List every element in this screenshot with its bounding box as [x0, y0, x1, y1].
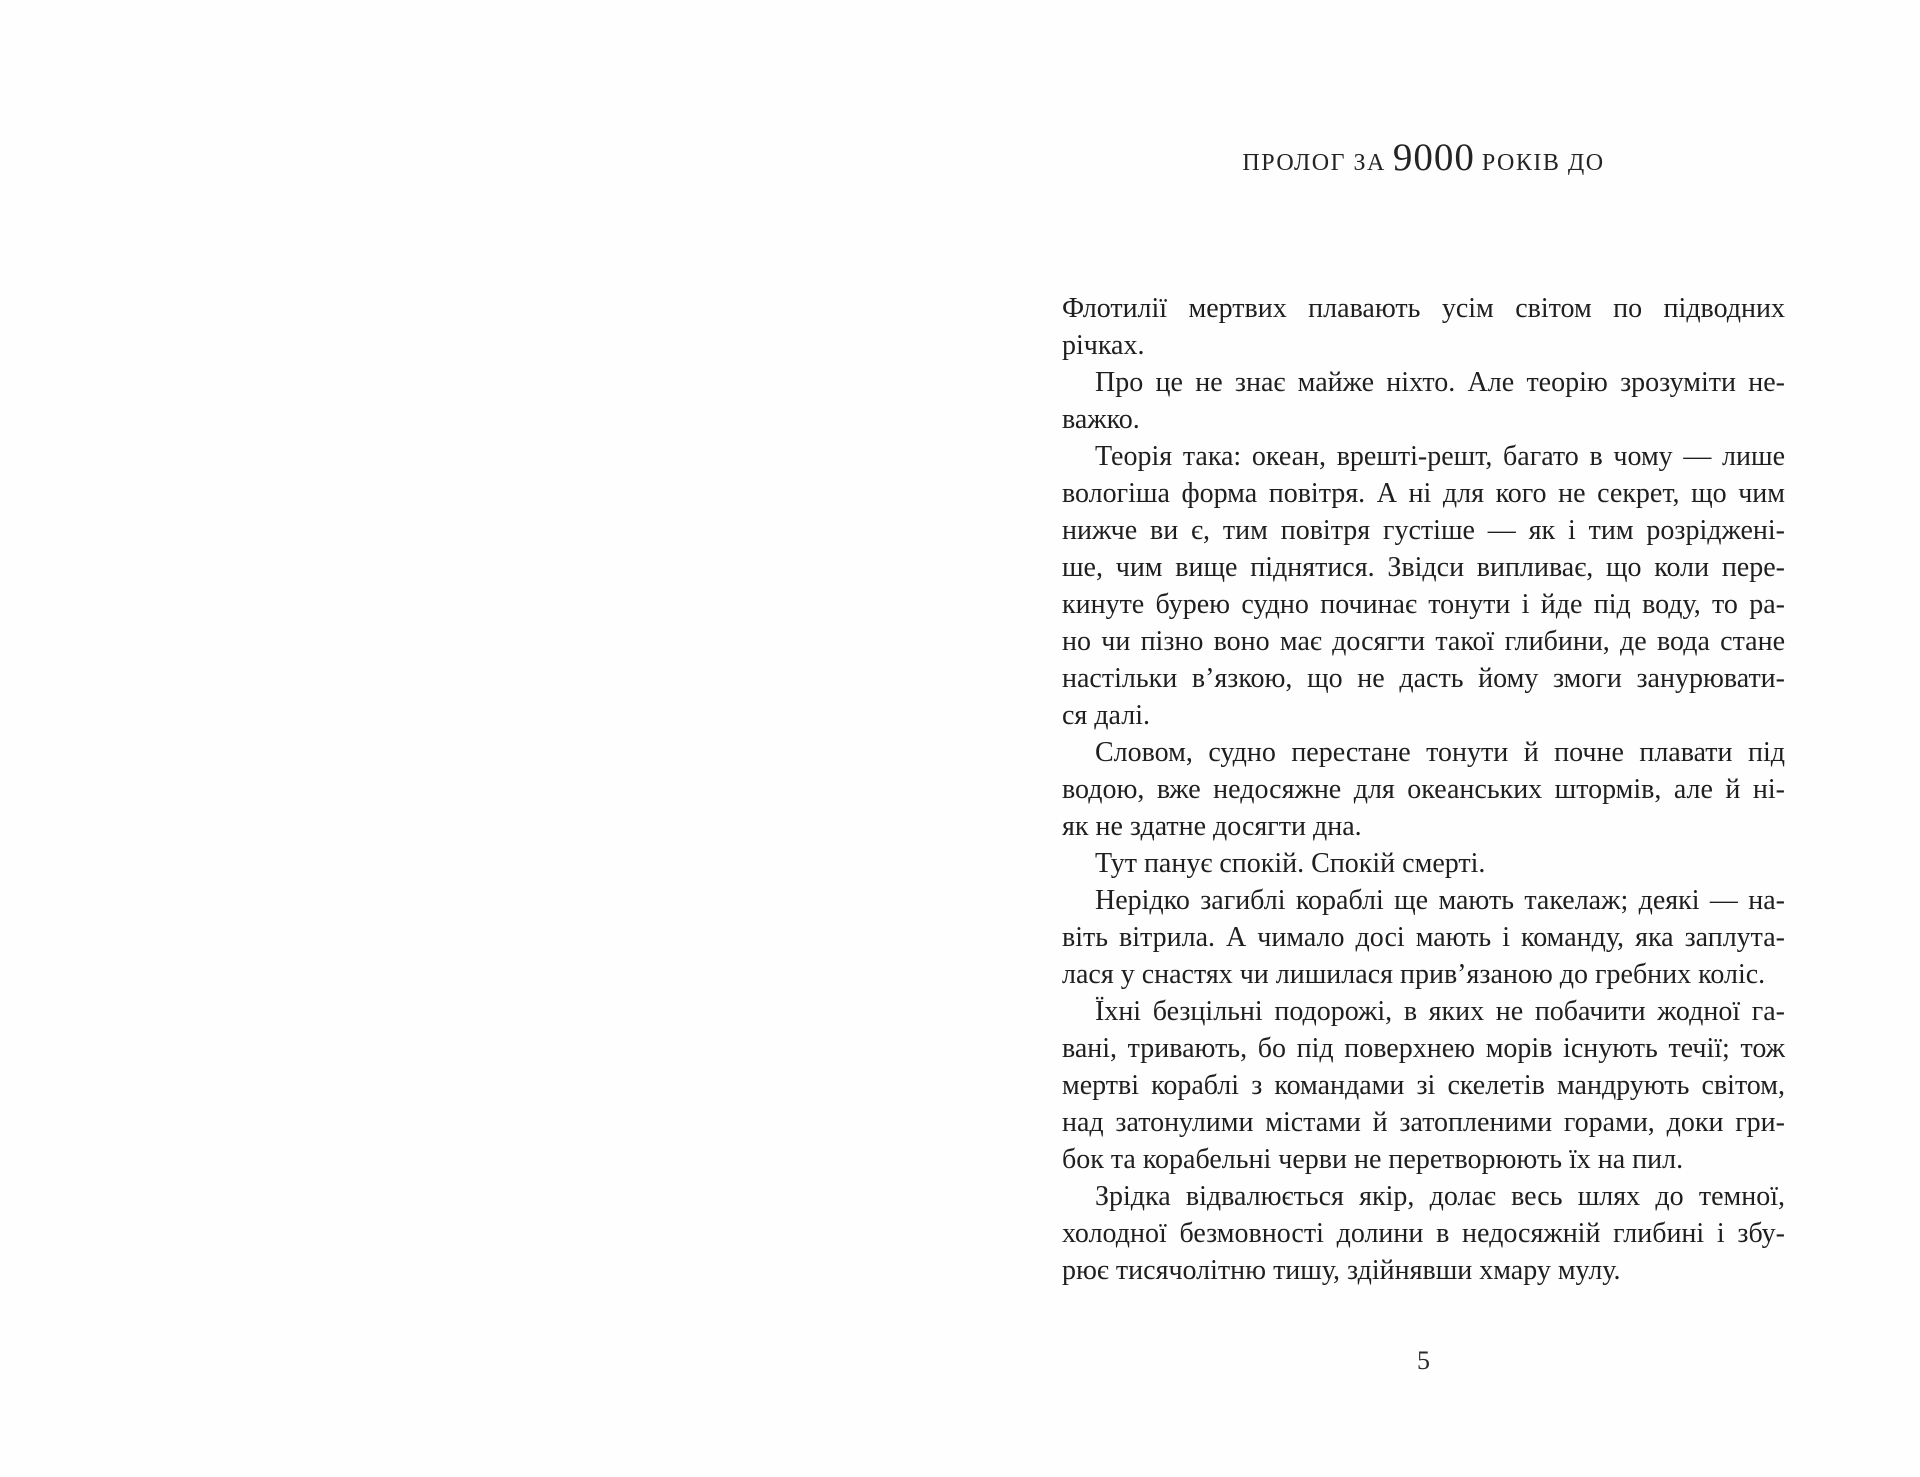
paragraph: Теорія така: океан, врешті-решт, багато …: [1062, 438, 1785, 734]
paragraph: Їхні безцільні подорожі, в яких не побач…: [1062, 993, 1785, 1178]
paragraph: Тут панує спокій. Спокій смерті.: [1062, 845, 1785, 882]
text-line: Флотилії мертвих плавають усім світом по…: [1062, 290, 1785, 327]
text-line: Зрідка відвалюється якір, долає весь шля…: [1062, 1178, 1785, 1215]
text-line: рює тисячолітню тишу, здійнявши хмару му…: [1062, 1252, 1785, 1289]
text-line: як не здатне досягти дна.: [1062, 808, 1785, 845]
text-line: Їхні безцільні подорожі, в яких не побач…: [1062, 993, 1785, 1030]
paragraph: Про це не знає майже ніхто. Але теорію з…: [1062, 364, 1785, 438]
paragraph: Флотилії мертвих плавають усім світом по…: [1062, 290, 1785, 364]
text-line: кинуте бурею судно починає тонути і йде …: [1062, 586, 1785, 623]
text-line: настільки в’язкою, що не дасть йому змог…: [1062, 660, 1785, 697]
text-line: річках.: [1062, 327, 1785, 364]
text-line: холодної безмовності долини в недосяжній…: [1062, 1215, 1785, 1252]
chapter-title-year: 9000: [1393, 136, 1475, 179]
chapter-title-suffix: РОКІВ ДО: [1482, 150, 1605, 176]
text-line: Про це не знає майже ніхто. Але теорію з…: [1062, 364, 1785, 401]
text-line: нижче ви є, тим повітря густіше — як і т…: [1062, 512, 1785, 549]
chapter-title-prefix: ПРОЛОГ ЗА: [1242, 150, 1385, 176]
text-line: лася у снастях чи лишилася прив’язаною д…: [1062, 956, 1785, 993]
text-line: ше, чим вище піднятися. Звідси випливає,…: [1062, 549, 1785, 586]
text-line: мертві кораблі з командами зі скелетів м…: [1062, 1067, 1785, 1104]
text-line: Теорія така: океан, врешті-решт, багато …: [1062, 438, 1785, 475]
paragraph: Словом, судно перестане тонути й почне п…: [1062, 734, 1785, 845]
text-line: ся далі.: [1062, 697, 1785, 734]
text-line: но чи пізно воно має досягти такої глиби…: [1062, 623, 1785, 660]
book-page: ПРОЛОГ ЗА9000РОКІВ ДО Флотилії мертвих п…: [0, 0, 1920, 1477]
text-line: важко.: [1062, 401, 1785, 438]
paragraph: Зрідка відвалюється якір, долає весь шля…: [1062, 1178, 1785, 1289]
text-line: водою, вже недосяжне для океанських штор…: [1062, 771, 1785, 808]
page-number: 5: [1062, 1346, 1785, 1376]
text-line: Словом, судно перестане тонути й почне п…: [1062, 734, 1785, 771]
text-line: Нерідко загиблі кораблі ще мають такелаж…: [1062, 882, 1785, 919]
text-line: над затонулими містами й затопленими гор…: [1062, 1104, 1785, 1141]
text-line: віть вітрила. А чимало досі мають і кома…: [1062, 919, 1785, 956]
chapter-title: ПРОЛОГ ЗА9000РОКІВ ДО: [1062, 138, 1785, 183]
text-line: вологіша форма повітря. А ні для кого не…: [1062, 475, 1785, 512]
text-line: вані, тривають, бо під поверхнею морів і…: [1062, 1030, 1785, 1067]
text-line: Тут панує спокій. Спокій смерті.: [1062, 845, 1785, 882]
body-text: Флотилії мертвих плавають усім світом по…: [1062, 290, 1785, 1289]
paragraph: Нерідко загиблі кораблі ще мають такелаж…: [1062, 882, 1785, 993]
text-line: бок та корабельні черви не перетворюють …: [1062, 1141, 1785, 1178]
